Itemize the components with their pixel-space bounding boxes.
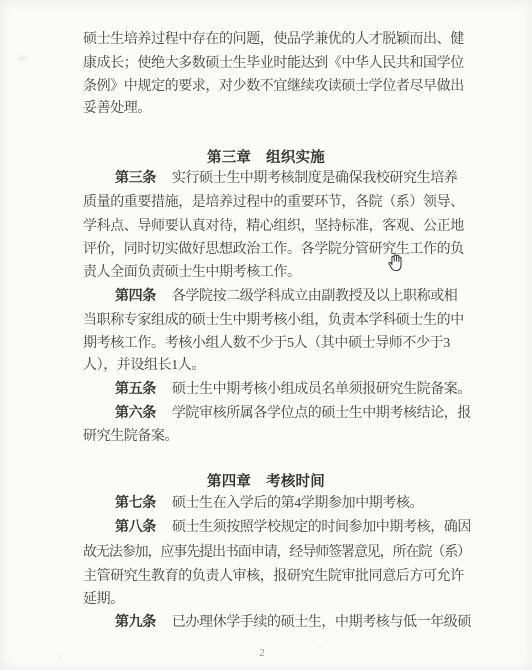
- body-text-line: 评价，同时切实做好思想政治工作。各学院分管研究生工作的负: [83, 241, 464, 259]
- article-number: 第九条: [115, 615, 156, 630]
- hand-cursor-icon: [385, 252, 405, 272]
- body-text-line: 当职称专家组成的硕士生中期考核小组，负责本学科硕士生的中: [83, 312, 464, 330]
- body-text-line: 硕士生培养过程中存在的问题，使品学兼优的人才脱颖而出、健: [83, 31, 464, 49]
- body-text-line: 研究生院备案。: [83, 428, 178, 446]
- article-text: 各学院按二级学科成立由副教授及以上职称或相: [172, 289, 458, 304]
- scanned-document-page: 硕士生培养过程中存在的问题，使品学兼优的人才脱颖而出、健 康成长；使绝大多数硕士…: [0, 0, 532, 670]
- body-text-line: 学科点、导师要认真对待，精心组织，坚持标准，客观、公正地: [83, 218, 464, 236]
- article-first-line: 第三条实行硕士生中期考核制度是确保我校研究生培养: [115, 170, 457, 188]
- chapter-title: 组织实施: [266, 150, 325, 166]
- article-number: 第四条: [115, 289, 156, 304]
- body-text-line: 责人全面负责硕士生中期考核工作。: [83, 264, 301, 282]
- chapter-number: 第三章: [207, 150, 251, 166]
- article-first-line: 第七条硕士生在入学后的第4学期参加中期考核。: [115, 495, 423, 513]
- article-text: 硕士生中期考核小组成员名单须报研究生院备案。: [172, 382, 471, 397]
- article-text: 实行硕士生中期考核制度是确保我校研究生培养: [172, 171, 458, 186]
- body-text-line: 质量的重要措施，是培养过程中的重要环节，各院（系）领导、: [83, 194, 464, 212]
- article-first-line: 第六条学院审核所属各学位点的硕士生中期考核结论，报: [115, 405, 471, 423]
- article-number: 第六条: [115, 406, 156, 421]
- article-first-line: 第五条硕士生中期考核小组成员名单须报研究生院备案。: [115, 381, 471, 399]
- article-text: 学院审核所属各学位点的硕士生中期考核结论，报: [172, 406, 471, 421]
- body-text-line: 期考核工作。考核小组人数不少于5人（其中硕士导师不少于3: [83, 335, 450, 353]
- article-first-line: 第九条已办理休学手续的硕士生，中期考核与低一年级硕: [115, 614, 471, 632]
- chapter-heading: 第四章考核时间: [0, 470, 532, 491]
- page-number: 2: [0, 647, 524, 659]
- article-text: 硕士生在入学后的第4学期参加中期考核。: [172, 496, 423, 511]
- article-number: 第五条: [115, 382, 156, 397]
- chapter-number: 第四章: [207, 474, 251, 490]
- body-text-line: 康成长；使绝大多数硕士生毕业时能达到《中华人民共和国学位: [83, 55, 464, 73]
- body-text-line: 人），并设组长1人。: [83, 357, 205, 375]
- article-text: 硕士生须按照学校规定的时间参加中期考核，确因: [172, 520, 471, 535]
- chapter-heading: 第三章组织实施: [0, 146, 532, 167]
- body-text-line: 延期。: [83, 591, 124, 609]
- article-text: 已办理休学手续的硕士生，中期考核与低一年级硕: [172, 615, 471, 630]
- chapter-title: 考核时间: [266, 474, 325, 490]
- article-number: 第八条: [115, 520, 156, 535]
- article-first-line: 第四条各学院按二级学科成立由副教授及以上职称或相: [115, 288, 457, 306]
- article-first-line: 第八条硕士生须按照学校规定的时间参加中期考核，确因: [115, 519, 471, 537]
- article-number: 第三条: [115, 171, 156, 186]
- body-text-line: 妥善处理。: [83, 100, 151, 118]
- article-number: 第七条: [115, 496, 156, 511]
- body-text-line: 主管研究生教育的负责人审核，报研究生院审批同意后方可允许: [83, 568, 464, 586]
- document-text-layer: 硕士生培养过程中存在的问题，使品学兼优的人才脱颖而出、健 康成长；使绝大多数硕士…: [0, 0, 532, 670]
- body-text-line: 故无法参加，应事先提出书面申请，经导师签署意见，所在院（系）: [83, 544, 470, 562]
- body-text-line: 条例》中规定的要求，对少数不宜继续攻读硕士学位者尽早做出: [83, 78, 464, 96]
